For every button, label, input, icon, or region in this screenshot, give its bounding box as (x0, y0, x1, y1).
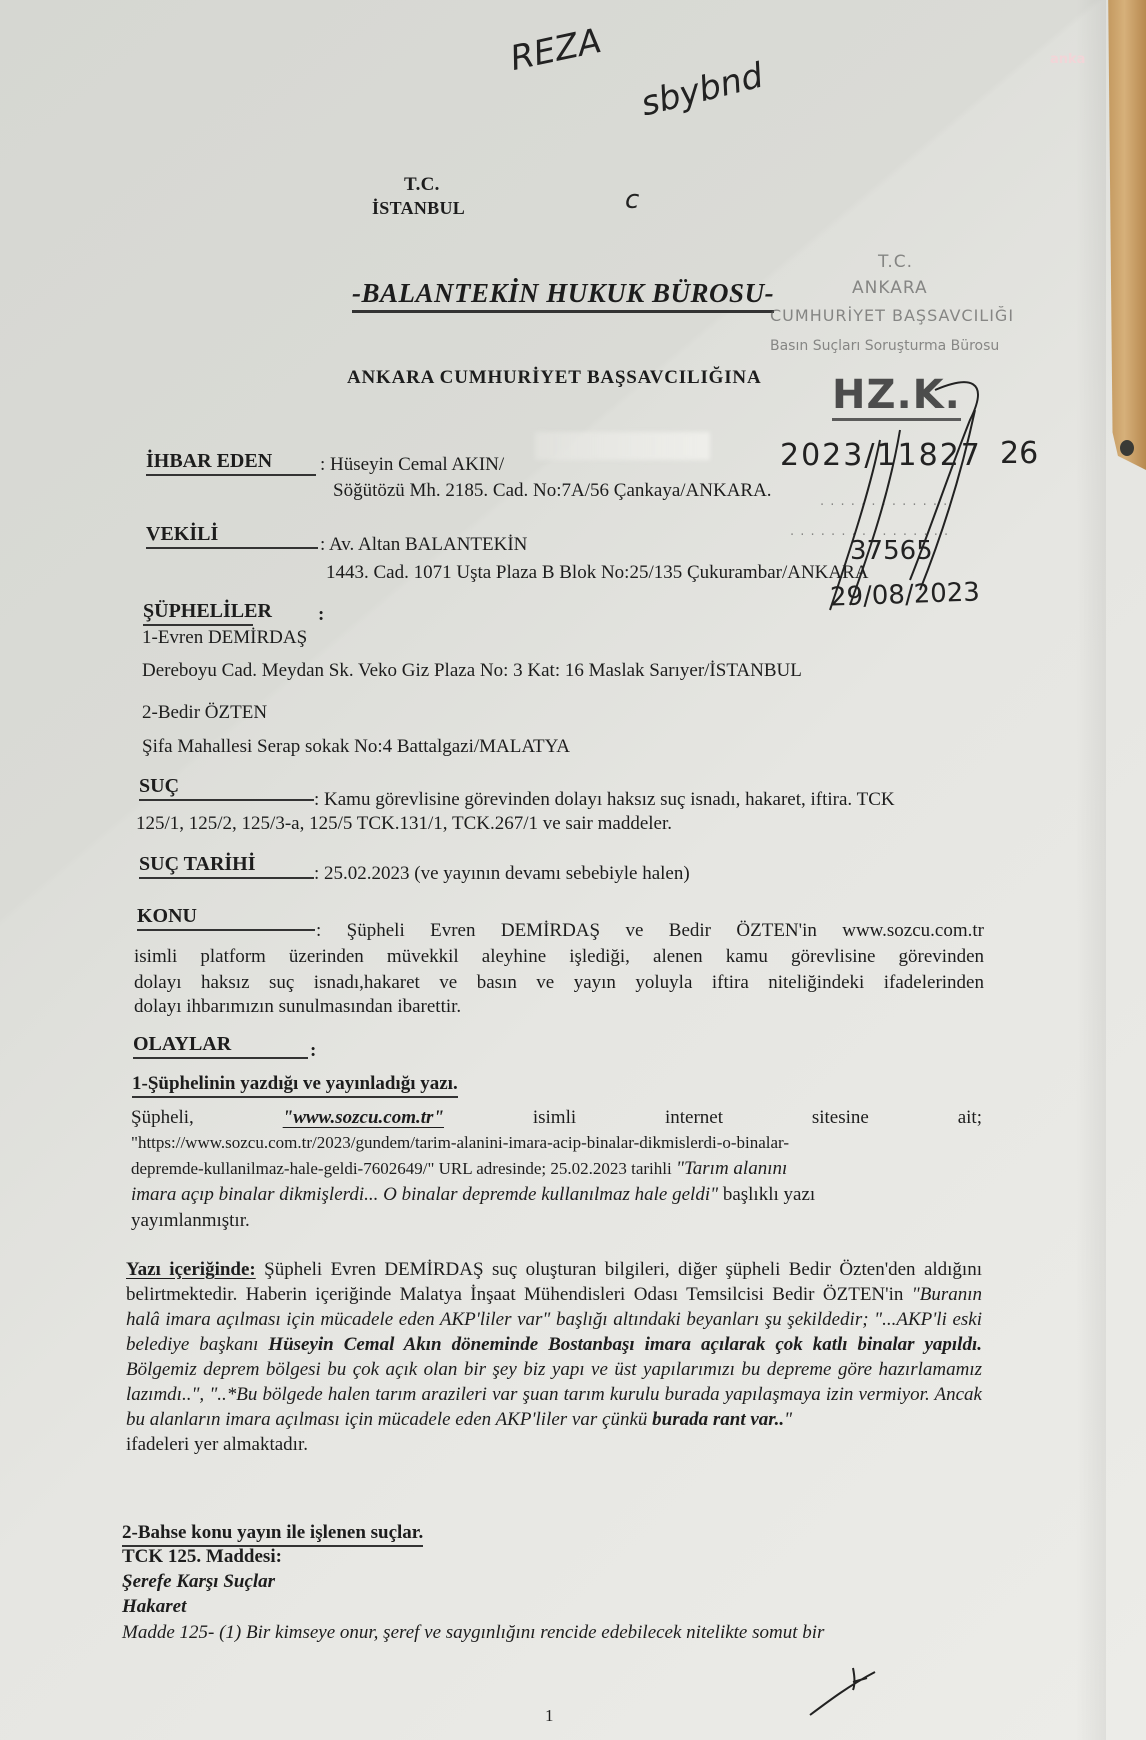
crime-label: SUÇ (139, 775, 314, 801)
stamp-line-country: T.C. (878, 252, 913, 272)
header-city: İSTANBUL (372, 198, 465, 219)
website-reference: "www.sozcu.com.tr" (283, 1107, 444, 1129)
complainant-label: İHBAR EDEN (146, 450, 316, 476)
subject-label: KONU (137, 905, 315, 931)
suspect-2-address: Şifa Mahallesi Serap sokak No:4 Battalga… (142, 736, 570, 758)
content-bold-quote-1: Hüseyin Cemal Akın döneminde Bostanbaşı … (268, 1334, 982, 1355)
addressee-heading: ANKARA CUMHURİYET BAŞSAVCILIĞINA (347, 367, 761, 389)
law-title: TCK 125. Maddesi: (122, 1546, 282, 1568)
article-content-paragraph: Yazı içeriğinde: Şüpheli Evren DEMİRDAŞ … (126, 1257, 982, 1457)
suspect-1-address: Dereboyu Cad. Meydan Sk. Veko Giz Plaza … (142, 660, 802, 682)
content-end: ifadeleri yer almaktadır. (126, 1434, 308, 1455)
article-title-part-2: imara açıp binalar dikmişlerdi... O bina… (131, 1184, 718, 1205)
section-1-line-1: Şüpheli, "www.sozcu.com.tr" isimli inter… (131, 1107, 982, 1129)
attorney-label: VEKİLİ (146, 523, 318, 549)
initials-signature (805, 1660, 885, 1720)
section-1-line-3: depremde-kullanilmaz-hale-geldi-7602649/… (131, 1158, 982, 1180)
stamp-signature-strokes (820, 380, 1020, 620)
subject-line-3: dolayı haksız suç isnadı,hakaret ve bası… (134, 970, 984, 995)
crime-line-2: 125/1, 125/2, 125/3-a, 125/5 TCK.131/1, … (136, 813, 672, 835)
suspect-2-name: 2-Bedir ÖZTEN (142, 702, 267, 724)
text-segment: isimli (533, 1107, 576, 1129)
article-url-line-1: "https://www.sozcu.com.tr/2023/gundem/ta… (131, 1133, 789, 1153)
article-title-part-1: "Tarım alanını (676, 1158, 787, 1179)
attorney-address: 1443. Cad. 1071 Uşta Plaza B Blok No:25/… (326, 562, 869, 584)
section-1-title: 1-Şüphelinin yazdığı ve yayınladığı yazı… (132, 1073, 458, 1098)
suspects-label: ŞÜPHELİLER (143, 600, 253, 626)
text-segment: başlıklı yazı (718, 1184, 815, 1205)
stamp-line-city: ANKARA (852, 278, 928, 298)
suspect-1-name: 1-Evren DEMİRDAŞ (142, 627, 307, 649)
subject-line-4: dolayı ihbarımızın sunulmasından ibarett… (134, 996, 461, 1018)
article-url-line-2: depremde-kullanilmaz-hale-geldi-7602649/… (131, 1159, 676, 1178)
text-segment: internet (665, 1107, 723, 1129)
watermark-logo: anka (1050, 52, 1085, 67)
events-colon: : (310, 1040, 316, 1062)
page-edge-shadow (1076, 0, 1106, 1740)
law-text: Madde 125- (1) Bir kimseye onur, şeref v… (122, 1622, 824, 1644)
subject-line-1: : Şüpheli Evren DEMİRDAŞ ve Bedir ÖZTEN'… (316, 918, 984, 943)
crime-date-label: SUÇ TARİHİ (139, 853, 314, 879)
content-quote-end: " (784, 1409, 792, 1430)
subject-line-2: isimli platform üzerinden müvekkil aleyh… (134, 944, 984, 969)
pencil-tip (1120, 440, 1134, 456)
text-segment: sitesine (812, 1107, 869, 1129)
page-number: 1 (545, 1706, 554, 1726)
law-name: Hakaret (122, 1596, 186, 1618)
handwritten-margin-mark: c (625, 185, 639, 215)
stamp-line-bureau: Basın Suçları Soruşturma Bürosu (770, 338, 999, 354)
section-2-title: 2-Bahse konu yayın ile işlenen suçlar. (122, 1522, 423, 1547)
events-label: OLAYLAR (133, 1033, 308, 1059)
content-label: Yazı içeriğinde: (126, 1259, 256, 1280)
stamp-line-office: CUMHURİYET BAŞSAVCILIĞI (770, 306, 1014, 325)
section-1-line-4: imara açıp binalar dikmişlerdi... O bina… (131, 1184, 815, 1206)
law-text-content: Madde 125- (1) Bir kimseye onur, şeref v… (122, 1622, 824, 1643)
header-country: T.C. (404, 174, 440, 196)
law-chapter: Şerefe Karşı Suçlar (122, 1571, 275, 1593)
content-bold-quote-2: burada rant var.. (652, 1409, 784, 1430)
suspects-colon: : (318, 604, 324, 626)
text-segment: Şüpheli, (131, 1107, 194, 1129)
law-firm-title: -BALANTEKİN HUKUK BÜROSU- (352, 278, 774, 313)
crime-date-value: : 25.02.2023 (ve yayının devamı sebebiyl… (314, 863, 690, 885)
complainant-address: Söğütözü Mh. 2185. Cad. No:7A/56 Çankaya… (333, 480, 772, 502)
attorney-name: : Av. Altan BALANTEKİN (320, 534, 527, 556)
redacted-area (535, 432, 710, 460)
content-quote-2: Bölgemiz deprem bölgesi bu çok açık olan… (126, 1359, 982, 1430)
crime-line-1: : Kamu görevlisine görevinden dolayı hak… (314, 789, 895, 811)
complainant-name: : Hüseyin Cemal AKIN/ (320, 454, 504, 476)
section-1-line-5: yayımlanmıştır. (131, 1210, 250, 1232)
text-segment: ait; (958, 1107, 982, 1129)
